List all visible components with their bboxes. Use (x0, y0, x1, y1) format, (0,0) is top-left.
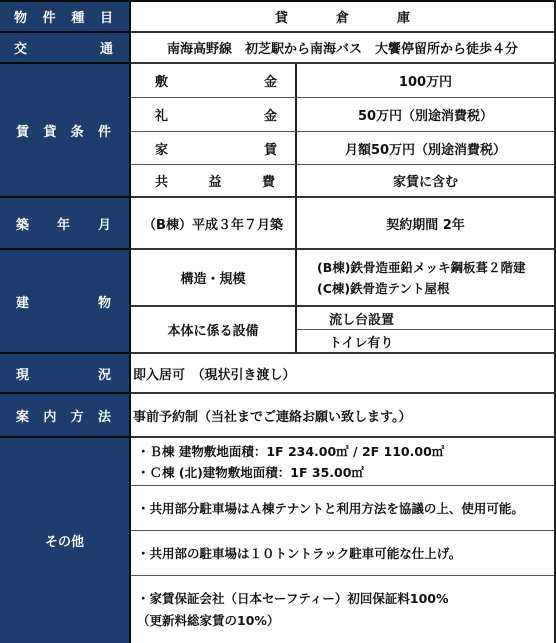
label-char: 益 (208, 171, 221, 190)
deposit-amount: 100万円 (399, 71, 452, 90)
label-viewing-method: 案 内 方 法 (0, 394, 131, 438)
lease-item-deposit-value: 100万円 (297, 64, 556, 98)
contract-period-text: 契約期間 2年 (386, 214, 465, 233)
structure-label-text: 構造・規模 (180, 268, 245, 287)
value-access: 南海高野線 初芝駅から南海バス 大饗停留所から徒歩４分 (131, 33, 556, 64)
label-other: その他 (0, 438, 131, 643)
label-char: 賃 (264, 139, 277, 158)
equipment-text: トイレ有り (329, 332, 393, 351)
label-char: 件 (98, 121, 111, 140)
label-char: 敷 (155, 71, 168, 90)
key-money-amount: 50万円（別途消費税） (358, 105, 493, 124)
note-guarantee-company: ・家賃保証会社（日本セーフティー）初回保証料100% （更新料総家賃の10%） (131, 576, 556, 643)
label-char: 交 (14, 38, 27, 57)
note-line: （更新料総家賃の10%） (137, 610, 279, 632)
label-char: 礼 (155, 105, 168, 124)
viewing-text: 事前予約制（当社までご連絡お願い致します。） (133, 406, 411, 425)
label-built-date: 築 年 月 (0, 198, 131, 250)
label-char: 建 (16, 292, 29, 311)
lease-item-deposit-label: 敷 金 (131, 64, 297, 98)
label-char: 賃 (16, 121, 29, 140)
rent-amount: 月額50万円（別途消費税） (345, 139, 506, 158)
label-lease-terms: 賃 貸 条 件 (0, 64, 131, 198)
value-property-type: 貸 倉 庫 (131, 2, 556, 33)
value-char: 倉 (336, 7, 349, 26)
label-char: 家 (155, 139, 168, 158)
label-char: 物 (98, 292, 111, 311)
built-date-text: （B棟）平成３年７月築 (143, 214, 283, 233)
value-current-status: 即入居可 （現状引き渡し） (131, 354, 556, 394)
status-text: 即入居可 （現状引き渡し） (133, 364, 296, 383)
label-char: 貸 (43, 121, 56, 140)
label-equipment: 本体に係る設備 (131, 307, 297, 354)
note-floor-area: ・Ｂ棟 建物敷地面積：1F 234.00㎡ / 2F 110.00㎡ ・Ｃ棟 (… (131, 438, 556, 486)
equipment-item-sink: 流し台設置 (297, 307, 556, 330)
label-char: 物 (14, 7, 27, 26)
note-line: ・共用部の駐車場は１０トントラック駐車可能な仕上げ。 (137, 544, 461, 562)
lease-item-common-fee-value: 家賃に含む (297, 165, 556, 198)
value-built-date: （B棟）平成３年７月築 (131, 198, 297, 250)
label-char: 共 (155, 171, 168, 190)
label-char: 年 (57, 214, 70, 233)
label-char: 法 (98, 406, 111, 425)
lease-item-rent-value: 月額50万円（別途消費税） (297, 132, 556, 165)
label-char: 目 (100, 7, 113, 26)
label-char: 条 (71, 121, 84, 140)
note-line: ・Ｂ棟 建物敷地面積：1F 234.00㎡ / 2F 110.00㎡ (137, 441, 444, 462)
value-char: 貸 (275, 7, 288, 26)
label-char: 費 (262, 171, 275, 190)
lease-item-key-money-value: 50万円（別途消費税） (297, 98, 556, 132)
structure-line: (B棟)鉄骨造亜鉛メッキ鋼板葺２階建 (317, 257, 525, 278)
label-char: 通 (100, 38, 113, 57)
equipment-label-text: 本体に係る設備 (167, 320, 258, 339)
label-property-type: 物 件 種 目 (0, 2, 131, 33)
equipment-item-toilet: トイレ有り (297, 330, 556, 354)
lease-item-key-money-label: 礼 金 (131, 98, 297, 132)
other-label-text: その他 (45, 531, 84, 550)
lease-item-common-fee-label: 共 益 費 (131, 165, 297, 198)
label-char: 種 (71, 7, 84, 26)
label-char: 金 (264, 71, 277, 90)
label-char: 内 (43, 406, 56, 425)
value-char: 庫 (397, 7, 410, 26)
lease-item-rent-label: 家 賃 (131, 132, 297, 165)
note-line: ・Ｃ棟 (北)建物敷地面積：1F 35.00㎡ (137, 462, 364, 483)
label-char: 案 (16, 406, 29, 425)
equipment-text: 流し台設置 (329, 309, 394, 328)
value-contract-period: 契約期間 2年 (297, 198, 556, 250)
label-char: 件 (43, 7, 56, 26)
label-access: 交 通 (0, 33, 131, 64)
label-char: 現 (16, 364, 29, 383)
label-char: 金 (264, 105, 277, 124)
label-char: 月 (98, 214, 111, 233)
note-truck-parking: ・共用部の駐車場は１０トントラック駐車可能な仕上げ。 (131, 531, 556, 576)
note-shared-parking: ・共用部分駐車場はＡ棟テナントと利用方法を協議の上、使用可能。 (131, 486, 556, 531)
structure-line: (C棟)鉄骨造テント屋根 (317, 278, 449, 299)
label-char: 況 (98, 364, 111, 383)
label-structure: 構造・規模 (131, 250, 297, 307)
label-building: 建 物 (0, 250, 131, 354)
label-char: 築 (16, 214, 29, 233)
common-fee-amount: 家賃に含む (393, 171, 458, 190)
label-current-status: 現 況 (0, 354, 131, 394)
label-char: 方 (71, 406, 84, 425)
access-text: 南海高野線 初芝駅から南海バス 大饗停留所から徒歩４分 (167, 38, 518, 57)
value-structure: (B棟)鉄骨造亜鉛メッキ鋼板葺２階建 (C棟)鉄骨造テント屋根 (297, 250, 556, 307)
note-line: ・共用部分駐車場はＡ棟テナントと利用方法を協議の上、使用可能。 (137, 499, 524, 517)
value-viewing-method: 事前予約制（当社までご連絡お願い致します。） (131, 394, 556, 438)
note-line: ・家賃保証会社（日本セーフティー）初回保証料100% (137, 588, 449, 610)
